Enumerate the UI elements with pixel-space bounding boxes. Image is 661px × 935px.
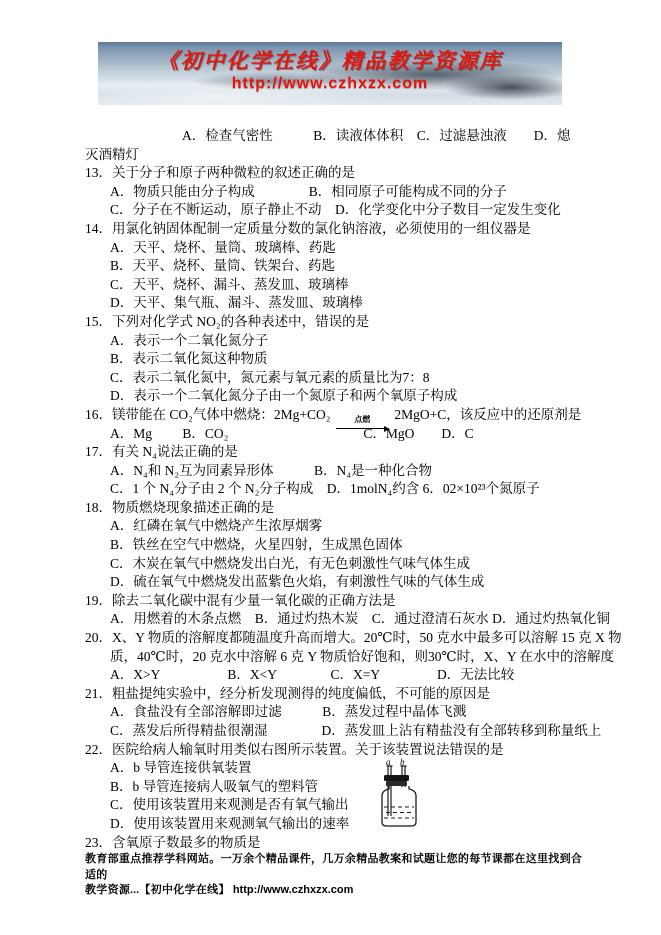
text-line: 15．下列对化学式 NO₂的各种表述中，错误的是	[85, 313, 585, 332]
reaction-arrow: 点燃	[336, 416, 388, 429]
text-line: A．Mg B．CO₂ C．MgO D．C	[85, 425, 585, 444]
text-line: C．蒸发后所得精盐很潮湿 D．蒸发皿上沾有精盐没有全部转移到称量纸上	[85, 722, 585, 741]
text-line: A．红磷在氧气中燃烧产生浓厚烟雾	[85, 517, 585, 536]
text-line: B．天平、烧杯、量筒、铁架台、药匙	[85, 257, 585, 276]
text-line: 13．关于分子和原子两种微粒的叙述正确的是	[85, 164, 585, 183]
footer-line-2: 教学资源...【初中化学在线】 http://www.czhxzx.com	[85, 883, 585, 899]
text-line: 质，40℃时，20 克水中溶解 6 克 Y 物质恰好饱和，则30℃时，X、Y 在…	[85, 648, 585, 667]
footer-line-2-text: 教学资源...【初中化学在线】	[85, 884, 230, 896]
bottle-stopper	[384, 775, 409, 781]
reaction-condition-label: 点燃	[354, 416, 370, 424]
bottle-body	[382, 786, 416, 826]
text-line: C．1 个 N₄分子由 2 个 N₂分子构成 D．1molN₄约含 6．02×1…	[85, 480, 585, 499]
text-line: C．表示二氧化氮中，氮元素与氧元素的质量比为7：8	[85, 369, 585, 388]
text-line: 灭酒精灯	[85, 146, 585, 165]
text-line: D．硫在氧气中燃烧发出蓝紫色火焰，有刺激性气味的气体生成	[85, 573, 585, 592]
text-line: A．X>Y B．X<Y C．X=Y D．无法比较	[85, 666, 585, 685]
text-line: A．表示一个二氧化氮分子	[85, 332, 585, 351]
text-line: A．检查气密性 B．读液体体积 C．过滤悬浊液 D．熄	[85, 127, 585, 146]
text-line: B．b 导管连接病人吸氧气的塑料管	[85, 778, 585, 797]
text-line: C．天平、烧杯、漏斗、蒸发皿、玻璃棒	[85, 276, 585, 295]
bottle-stopper-band	[386, 781, 407, 786]
text-line: B．铁丝在空气中燃烧，火星四射，生成黑色固体	[85, 536, 585, 555]
text-line: 19．除去二氧化碳中混有少量一氧化碳的正确方法是	[85, 592, 585, 611]
tube-a	[387, 766, 393, 816]
site-banner: 《初中化学在线》精品教学资源库 http://www.czhxzx.com	[98, 42, 562, 105]
text-line: A．N₄和 N₂互为同素异形体 B．N₄是一种化合物	[85, 462, 585, 481]
banner-url: http://www.czhxzx.com	[98, 75, 562, 93]
banner-title: 《初中化学在线》精品教学资源库	[98, 49, 562, 73]
text-line: A．b 导管连接供氧装置	[85, 759, 585, 778]
text-line: 18．物质燃烧现象描述正确的是	[85, 499, 585, 518]
footer-site-url: http://www.czhxzx.com	[233, 884, 354, 896]
footer-line-1: 教育部重点推荐学科网站。一万余个精品课件，几万余精品教案和试题让您的每节课都在这…	[85, 852, 585, 883]
text-line: C．木炭在氧气中燃烧发出白光，有无色刺激性气味气体生成	[85, 555, 585, 574]
footer-note: 教育部重点推荐学科网站。一万余个精品课件，几万余精品教案和试题让您的每节课都在这…	[85, 852, 585, 899]
text-line: A．食盐没有全部溶解即过滤 B．蒸发过程中晶体飞溅	[85, 703, 585, 722]
document-body: A．检查气密性 B．读液体体积 C．过滤悬浊液 D．熄灭酒精灯13．关于分子和原…	[85, 127, 585, 852]
text-line: A．物质只能由分子构成 B．相同原子可能构成不同的分子	[85, 183, 585, 202]
gas-washing-bottle-illustration: a b	[379, 757, 419, 829]
text-line: B．表示二氧化氮这种物质	[85, 350, 585, 369]
text-line: 22．医院给病人输氧时用类似右图所示装置。关于该装置说法错误的是	[85, 741, 585, 760]
text-line: 14．用氯化钠固体配制一定质量分数的氯化钠溶液，必须使用的一组仪器是	[85, 220, 585, 239]
text-line: A．天平、烧杯、量筒、玻璃棒、药匙	[85, 239, 585, 258]
text-line: A．用燃着的木条点燃 B．通过灼热木炭 C．通过澄清石灰水 D．通过灼热氧化铜	[85, 610, 585, 629]
text-line: D．天平、集气瓶、漏斗、蒸发皿、玻璃棒	[85, 294, 585, 313]
text-line: D．表示一个二氧化氮分子由一个氮原子和两个氧原子构成	[85, 387, 585, 406]
text-line: D．使用该装置用来观测氧气输出的速率	[85, 815, 585, 834]
text-line: C．分子在不断运动，原子静止不动 D．化学变化中分子数目一定发生变化	[85, 201, 585, 220]
reaction-equation-line: 16．镁带能在 CO₂气体中燃烧：2Mg+CO₂点燃2MgO+C，该反应中的还原…	[85, 406, 585, 425]
text-line: 17．有关 N₄说法正确的是	[85, 443, 585, 462]
text-line: 23．含氧原子数最多的物质是	[85, 834, 585, 853]
text-line: 21．粗盐提纯实验中，经分析发现测得的纯度偏低，不可能的原因是	[85, 685, 585, 704]
text-line: 20．X、Y 物质的溶解度都随温度升高而增大。20℃时，50 克水中最多可以溶解…	[85, 629, 585, 648]
text-line: C．使用该装置用来观测是否有氧气输出	[85, 796, 585, 815]
